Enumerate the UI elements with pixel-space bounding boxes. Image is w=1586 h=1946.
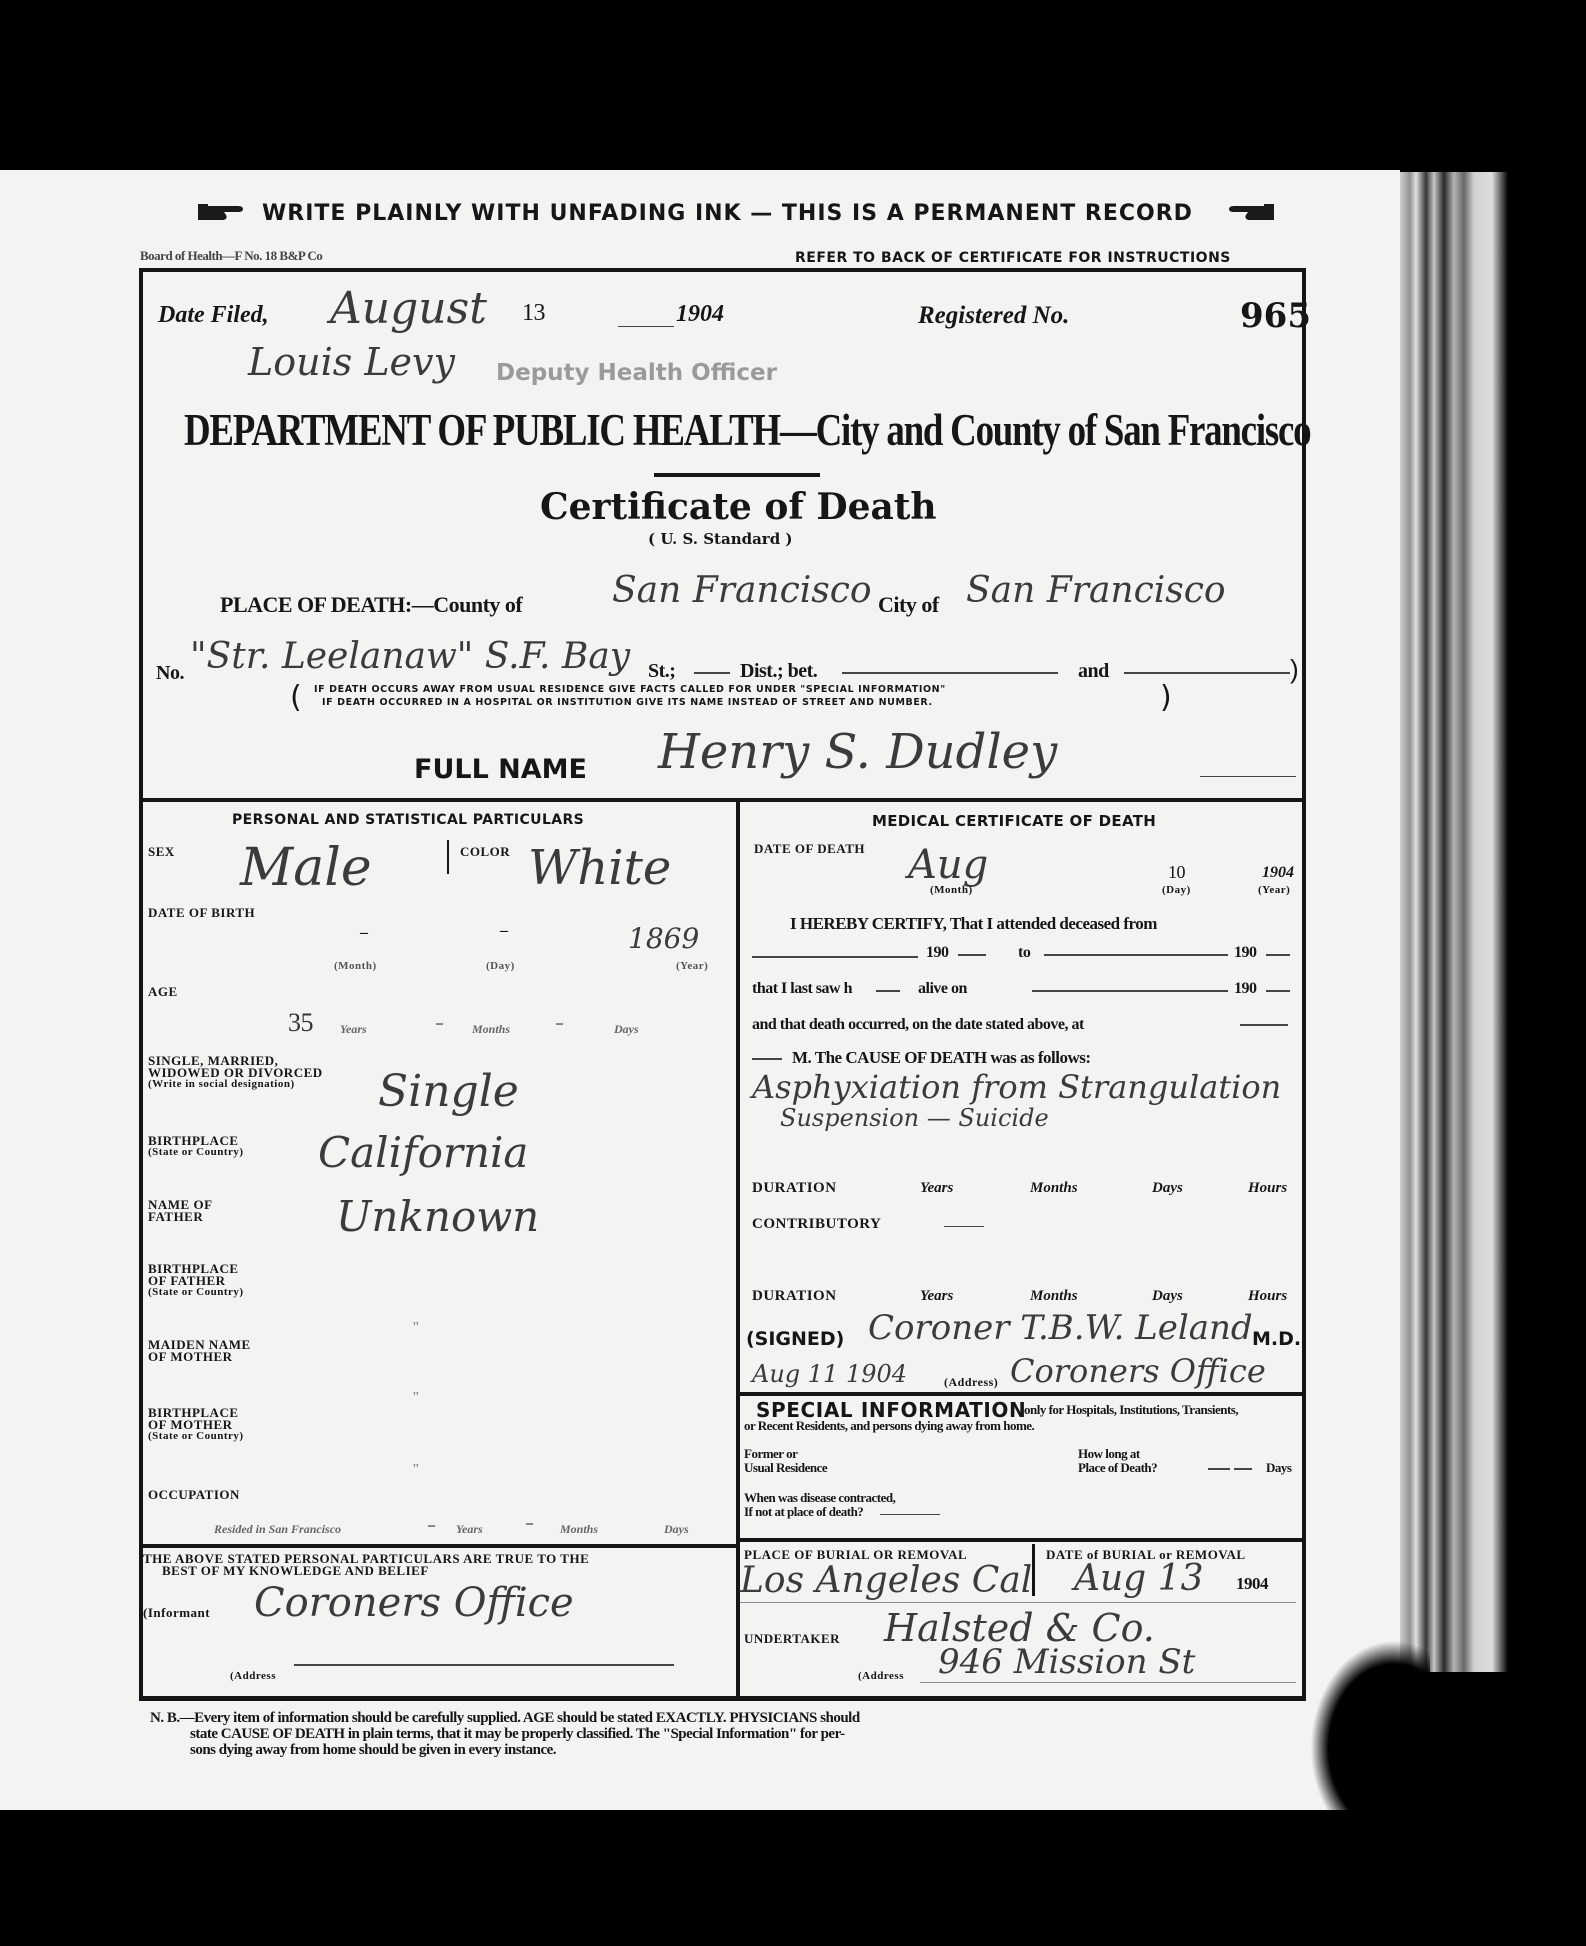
informant-address-label: (Address: [230, 1670, 276, 1683]
dod-month-caption: (Month): [930, 884, 973, 897]
residence-note-1: IF DEATH OCCURS AWAY FROM USUAL RESIDENC…: [314, 684, 946, 695]
age-months: –: [436, 1016, 443, 1032]
burial-year: 1904: [1236, 1574, 1268, 1594]
registered-number: 965: [1240, 296, 1311, 336]
blank-line: [694, 672, 730, 674]
resided-label: Resided in San Francisco: [214, 1522, 341, 1537]
top-border: [139, 268, 1306, 272]
paren-close: ): [1160, 680, 1172, 715]
paren-open: (: [290, 680, 302, 715]
how-long-label-2: Place of Death?: [1078, 1460, 1157, 1476]
paren-close: ): [1290, 654, 1299, 685]
undertaker-address-label: (Address: [858, 1670, 904, 1683]
age-years: 35: [288, 1008, 313, 1038]
date-of-death-month: Aug: [908, 842, 988, 888]
date-of-death-day: 10: [1168, 862, 1185, 883]
cause-line-2: Suspension — Suicide: [780, 1104, 1049, 1132]
registered-no-label: Registered No.: [918, 302, 1069, 330]
county-value: San Francisco: [612, 570, 872, 611]
medical-address-label: (Address): [944, 1376, 998, 1389]
blank-line: [842, 672, 1058, 674]
age-days-caption: Days: [614, 1022, 639, 1037]
undertaker-address-value: 946 Mission St: [938, 1642, 1195, 1682]
burial-divider: [738, 1538, 1306, 1542]
father-value: Unknown: [336, 1192, 539, 1241]
certificate-title: Certificate of Death: [540, 486, 937, 528]
blank-line: [1240, 1024, 1288, 1026]
section-divider: [139, 798, 1306, 802]
date-filed-month: August: [330, 283, 487, 334]
duration-2-hours: Hours: [1248, 1288, 1287, 1305]
blank-line: [958, 954, 986, 956]
month-caption: (Month): [334, 960, 377, 973]
residence-note-2: IF DEATH OCCURRED IN A HOSPITAL OR INSTI…: [322, 697, 933, 708]
place-of-death-label: PLACE OF DEATH:—County of: [220, 592, 522, 618]
father-birthplace-label-3: (State or Country): [148, 1286, 244, 1299]
contracted-label-2: If not at place of death?: [744, 1504, 863, 1520]
date-filed-label: Date Filed,: [158, 302, 269, 329]
full-name-label: FULL NAME: [414, 754, 587, 785]
blank-line: [752, 1058, 782, 1060]
dob-year: 1869: [628, 922, 699, 955]
special-subtitle-2: or Recent Residents, and persons dying a…: [744, 1418, 1034, 1434]
medical-address-value: Coroners Office: [1010, 1352, 1266, 1390]
father-label-2: FATHER: [148, 1210, 203, 1223]
deputy-signature: Louis Levy: [248, 340, 455, 384]
alive-year-prefix: 190: [1234, 980, 1257, 998]
resided-years: –: [428, 1518, 435, 1534]
date-of-death-year: 1904: [1262, 864, 1294, 882]
resided-months: –: [526, 1516, 533, 1532]
duration-2-years: Years: [920, 1288, 953, 1305]
dod-day-caption: (Day): [1162, 884, 1191, 897]
occupation-label: OCCUPATION: [148, 1488, 240, 1501]
and-label: and: [1078, 660, 1109, 683]
to-year-prefix: 190: [1234, 944, 1257, 962]
cause-line-1: Asphyxiation from Strangulation: [752, 1068, 1281, 1106]
year-caption: (Year): [676, 960, 708, 973]
medical-heading: MEDICAL CERTIFICATE OF DEATH: [872, 812, 1156, 830]
sex-value: Male: [240, 838, 372, 898]
birthplace-label-2: (State or Country): [148, 1146, 244, 1159]
informant-label: (Informant: [143, 1606, 210, 1619]
blank-line: [1266, 990, 1290, 992]
title-divider: [654, 473, 820, 477]
resided-days-caption: Days: [664, 1522, 689, 1537]
blank-line: [294, 1664, 674, 1666]
inline-divider: [1032, 1544, 1035, 1596]
duration-years: Years: [920, 1180, 953, 1197]
dod-year-caption: (Year): [1258, 884, 1290, 897]
mother-birthplace-value: ": [412, 1462, 419, 1478]
day-caption: (Day): [486, 960, 515, 973]
nb-line-3: sons dying away from home should be give…: [190, 1742, 556, 1759]
color-value: White: [528, 840, 671, 896]
duration-hours: Hours: [1248, 1180, 1287, 1197]
pointing-hand-icon: [1228, 200, 1276, 224]
how-long-days-label: Days: [1266, 1460, 1291, 1476]
deputy-title: Deputy Health Officer: [496, 360, 777, 386]
mother-value: ": [412, 1390, 419, 1406]
undertaker-label: UNDERTAKER: [744, 1632, 840, 1645]
age-label: AGE: [148, 985, 178, 998]
special-divider: [738, 1392, 1306, 1396]
age-years-caption: Years: [340, 1022, 367, 1037]
color-label: COLOR: [460, 845, 510, 858]
duration-label: DURATION: [752, 1182, 837, 1195]
former-residence-label-2: Usual Residence: [744, 1460, 827, 1476]
blank-line: [1234, 1468, 1252, 1470]
blank-line: [1124, 672, 1290, 674]
bottom-border: [139, 1696, 1306, 1701]
last-saw-prefix: that I last saw h: [752, 980, 852, 998]
permanent-record-banner: WRITE PLAINLY WITH UNFADING INK — THIS I…: [262, 201, 1193, 226]
city-value: San Francisco: [966, 570, 1226, 611]
nb-line-1: N. B.—Every item of information should b…: [150, 1710, 860, 1727]
blank-line: [1044, 954, 1228, 956]
contributory-label: CONTRIBUTORY: [752, 1218, 881, 1231]
burial-place-value: Los Angeles Cal: [740, 1560, 1032, 1601]
personal-heading: PERSONAL AND STATISTICAL PARTICULARS: [232, 812, 584, 828]
duration-2-months: Months: [1030, 1288, 1078, 1305]
cause-intro: M. The CAUSE OF DEATH was as follows:: [792, 1048, 1091, 1068]
underline: [740, 1602, 1296, 1603]
blank-line: [1200, 776, 1296, 777]
from-year-prefix: 190: [926, 944, 949, 962]
signed-label: (SIGNED): [746, 1328, 844, 1350]
age-months-caption: Months: [472, 1022, 510, 1037]
scan-shadow: [1310, 1640, 1430, 1820]
dob-day: –: [500, 922, 508, 940]
informant-statement-2: BEST OF MY KNOWLEDGE AND BELIEF: [162, 1564, 429, 1577]
burial-date-value: Aug 13: [1074, 1558, 1203, 1599]
street-no-label: No.: [156, 662, 184, 685]
father-birthplace-value: ": [412, 1320, 419, 1336]
full-name-value: Henry S. Dudley: [658, 724, 1057, 780]
duration-days: Days: [1152, 1180, 1183, 1197]
informant-divider: [139, 1544, 739, 1548]
to-label: to: [1018, 944, 1030, 962]
date-filed-day: 13: [522, 300, 545, 327]
marital-value: Single: [378, 1066, 519, 1117]
page-binding-edge: [1400, 172, 1510, 1672]
blank-line: [1266, 954, 1290, 956]
form-identifier: Board of Health—F No. 18 B&P Co: [140, 248, 322, 264]
date-of-death-label: DATE OF DEATH: [754, 842, 865, 855]
underline: [920, 1682, 1296, 1683]
md-label: M.D.: [1252, 1328, 1301, 1350]
sex-label: SEX: [148, 845, 175, 858]
informant-value: Coroners Office: [254, 1580, 574, 1626]
special-subtitle-1: only for Hospitals, Institutions, Transi…: [1024, 1402, 1238, 1418]
blank-line: [944, 1226, 984, 1227]
signed-date: Aug 11 1904: [752, 1360, 907, 1388]
birthplace-value: California: [318, 1128, 528, 1177]
occurred-line: and that death occurred, on the date sta…: [752, 1016, 1084, 1034]
pointing-hand-icon: [196, 200, 244, 224]
marital-label-3: (Write in social designation): [148, 1078, 295, 1091]
us-standard-note: ( U. S. Standard ): [648, 530, 793, 548]
inline-divider: [447, 840, 449, 874]
mother-label-2: OF MOTHER: [148, 1350, 233, 1363]
street-address-value: "Str. Leelanaw" S.F. Bay: [190, 636, 630, 677]
resided-years-caption: Years: [456, 1522, 483, 1537]
mother-birthplace-label-3: (State or Country): [148, 1430, 244, 1443]
department-title: DEPARTMENT OF PUBLIC HEALTH—City and Cou…: [184, 404, 1310, 456]
date-of-birth-label: DATE OF BIRTH: [148, 906, 255, 919]
instructions-note: REFER TO BACK OF CERTIFICATE FOR INSTRUC…: [795, 250, 1231, 266]
blank-line: [1208, 1468, 1230, 1470]
nb-line-2: state CAUSE OF DEATH in plain terms, tha…: [190, 1726, 845, 1743]
duration-2-days: Days: [1152, 1288, 1183, 1305]
date-filed-year: 1904: [676, 301, 724, 328]
blank-line: [1032, 990, 1228, 992]
resided-months-caption: Months: [560, 1522, 598, 1537]
left-border: [139, 268, 143, 1700]
certify-line: I HEREBY CERTIFY, That I attended deceas…: [790, 914, 1157, 934]
age-days: –: [556, 1016, 563, 1032]
city-label: City of: [878, 592, 939, 618]
street-label: St.;: [648, 660, 675, 683]
blank-line: [618, 326, 674, 327]
signed-value: Coroner T.B.W. Leland: [868, 1308, 1253, 1348]
blank-line: [752, 956, 918, 958]
duration-months: Months: [1030, 1180, 1078, 1197]
duration-2-label: DURATION: [752, 1290, 837, 1303]
dob-month: –: [360, 924, 368, 942]
district-label: Dist.; bet.: [740, 660, 817, 683]
right-border: [1302, 268, 1306, 1700]
blank-line: [880, 1514, 940, 1515]
alive-on-label: alive on: [918, 980, 967, 998]
blank-line: [876, 990, 900, 992]
